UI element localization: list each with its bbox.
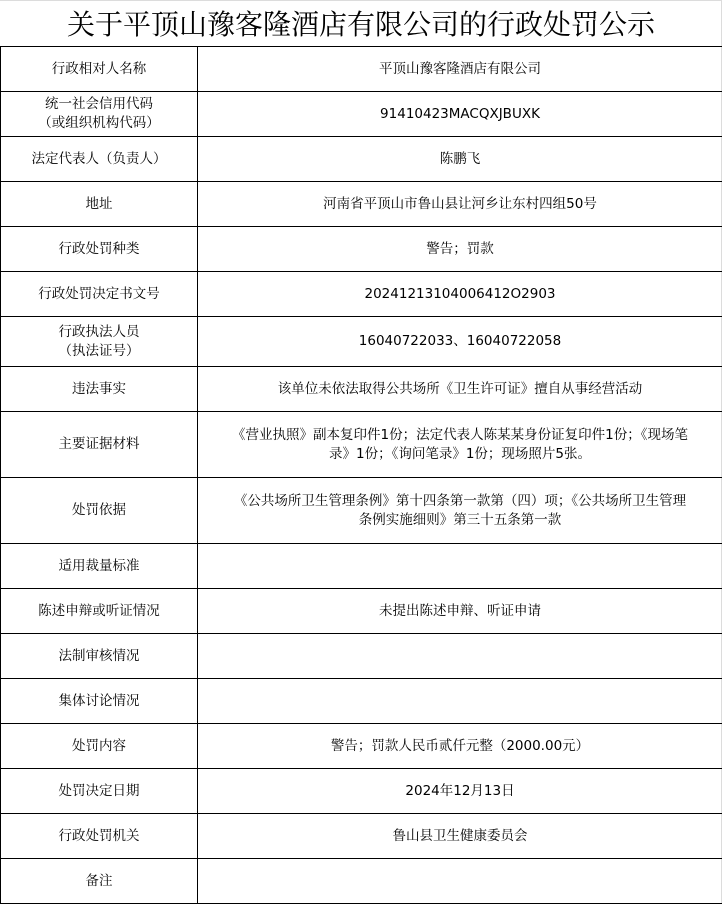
row-label: 法制审核情况 [7, 647, 191, 666]
row-label-cell: 地址 [1, 182, 198, 227]
row-value: 2024年12月13日 [204, 782, 716, 801]
row-value-cell: 20241213104006412O2903 [198, 272, 722, 317]
penalty-notice-table: 行政相对人名称平顶山豫客隆酒店有限公司统一社会信用代码（或组织机构代码）9141… [0, 46, 722, 904]
row-label: 统一社会信用代码 [7, 95, 191, 114]
row-label-cell: 行政执法人员（执法证号） [1, 317, 198, 367]
row-value: 警告；罚款人民币贰仟元整（2000.00元） [204, 737, 716, 756]
row-value-cell: 《营业执照》副本复印件1份；法定代表人陈某某身份证复印件1份；《现场笔录》1份；… [198, 412, 722, 478]
row-value-cell: 鲁山县卫生健康委员会 [198, 814, 722, 859]
row-value: 条例实施细则》第三十五条第一款 [204, 511, 716, 530]
table-row: 集体讨论情况 [1, 679, 722, 724]
notice-page: 关于平顶山豫客隆酒店有限公司的行政处罚公示 行政相对人名称平顶山豫客隆酒店有限公… [0, 0, 722, 904]
row-value-cell: 平顶山豫客隆酒店有限公司 [198, 47, 722, 92]
row-label-cell: 处罚决定日期 [1, 769, 198, 814]
row-label-cell: 法定代表人（负责人） [1, 137, 198, 182]
table-row: 备注 [1, 859, 722, 904]
row-label-cell: 统一社会信用代码（或组织机构代码） [1, 92, 198, 137]
row-value: 16040722033、16040722058 [204, 332, 716, 351]
row-value: 《营业执照》副本复印件1份；法定代表人陈某某身份证复印件1份；《现场笔 [204, 426, 716, 445]
table-row: 处罚内容警告；罚款人民币贰仟元整（2000.00元） [1, 724, 722, 769]
table-row: 行政执法人员（执法证号）16040722033、16040722058 [1, 317, 722, 367]
row-value: 录》1份；《询问笔录》1份；现场照片5张。 [204, 445, 716, 464]
row-label-cell: 适用裁量标准 [1, 544, 198, 589]
row-label-cell: 陈述申辩或听证情况 [1, 589, 198, 634]
table-row: 主要证据材料《营业执照》副本复印件1份；法定代表人陈某某身份证复印件1份；《现场… [1, 412, 722, 478]
row-label: （执法证号） [7, 342, 191, 361]
row-value: 未提出陈述申辩、听证申请 [204, 602, 716, 621]
row-label: 地址 [7, 195, 191, 214]
row-label: 行政处罚机关 [7, 827, 191, 846]
row-value-cell: 河南省平顶山市鲁山县让河乡让东村四组50号 [198, 182, 722, 227]
row-value-cell: 警告；罚款 [198, 227, 722, 272]
row-label-cell: 处罚内容 [1, 724, 198, 769]
row-label: 陈述申辩或听证情况 [7, 602, 191, 621]
row-label: 处罚内容 [7, 737, 191, 756]
row-label: 法定代表人（负责人） [7, 150, 191, 169]
row-value-cell [198, 859, 722, 904]
table-row: 统一社会信用代码（或组织机构代码）91410423MACQXJBUXK [1, 92, 722, 137]
row-label: （或组织机构代码） [7, 114, 191, 133]
row-label-cell: 行政处罚种类 [1, 227, 198, 272]
row-label: 主要证据材料 [7, 435, 191, 454]
row-value: 该单位未依法取得公共场所《卫生许可证》擅自从事经营活动 [204, 380, 716, 399]
row-value: 20241213104006412O2903 [204, 285, 716, 304]
table-row: 行政处罚种类警告；罚款 [1, 227, 722, 272]
row-value: 91410423MACQXJBUXK [204, 105, 716, 124]
table-row: 法制审核情况 [1, 634, 722, 679]
row-value: 鲁山县卫生健康委员会 [204, 827, 716, 846]
row-label-cell: 集体讨论情况 [1, 679, 198, 724]
row-label: 行政相对人名称 [7, 60, 191, 79]
row-value: 《公共场所卫生管理条例》第十四条第一款第（四）项；《公共场所卫生管理 [204, 492, 716, 511]
row-label-cell: 违法事实 [1, 367, 198, 412]
row-label-cell: 处罚依据 [1, 478, 198, 544]
document-title: 关于平顶山豫客隆酒店有限公司的行政处罚公示 [0, 1, 722, 47]
row-label: 行政处罚种类 [7, 240, 191, 259]
row-label: 违法事实 [7, 380, 191, 399]
row-label-cell: 行政相对人名称 [1, 47, 198, 92]
row-value: 河南省平顶山市鲁山县让河乡让东村四组50号 [204, 195, 716, 214]
row-label-cell: 备注 [1, 859, 198, 904]
row-label: 备注 [7, 872, 191, 891]
row-label-cell: 主要证据材料 [1, 412, 198, 478]
row-value-cell: 该单位未依法取得公共场所《卫生许可证》擅自从事经营活动 [198, 367, 722, 412]
row-value-cell: 2024年12月13日 [198, 769, 722, 814]
row-value: 陈鹏飞 [204, 150, 716, 169]
row-label-cell: 行政处罚机关 [1, 814, 198, 859]
row-label: 行政处罚决定书文号 [7, 285, 191, 304]
row-value: 平顶山豫客隆酒店有限公司 [204, 60, 716, 79]
row-value-cell: 16040722033、16040722058 [198, 317, 722, 367]
table-row: 行政处罚决定书文号20241213104006412O2903 [1, 272, 722, 317]
row-value-cell [198, 634, 722, 679]
row-value-cell [198, 679, 722, 724]
table-row: 处罚依据《公共场所卫生管理条例》第十四条第一款第（四）项；《公共场所卫生管理条例… [1, 478, 722, 544]
row-value-cell [198, 544, 722, 589]
row-label: 集体讨论情况 [7, 692, 191, 711]
row-label: 处罚依据 [7, 501, 191, 520]
table-row: 行政相对人名称平顶山豫客隆酒店有限公司 [1, 47, 722, 92]
table-row: 适用裁量标准 [1, 544, 722, 589]
row-label-cell: 行政处罚决定书文号 [1, 272, 198, 317]
table-row: 处罚决定日期2024年12月13日 [1, 769, 722, 814]
table-row: 地址河南省平顶山市鲁山县让河乡让东村四组50号 [1, 182, 722, 227]
row-value-cell: 91410423MACQXJBUXK [198, 92, 722, 137]
row-value-cell: 《公共场所卫生管理条例》第十四条第一款第（四）项；《公共场所卫生管理条例实施细则… [198, 478, 722, 544]
row-value: 警告；罚款 [204, 240, 716, 259]
row-value-cell: 未提出陈述申辩、听证申请 [198, 589, 722, 634]
table-row: 陈述申辩或听证情况未提出陈述申辩、听证申请 [1, 589, 722, 634]
row-label-cell: 法制审核情况 [1, 634, 198, 679]
row-label: 适用裁量标准 [7, 557, 191, 576]
table-row: 违法事实该单位未依法取得公共场所《卫生许可证》擅自从事经营活动 [1, 367, 722, 412]
notice-table-body: 行政相对人名称平顶山豫客隆酒店有限公司统一社会信用代码（或组织机构代码）9141… [1, 47, 722, 904]
table-row: 行政处罚机关鲁山县卫生健康委员会 [1, 814, 722, 859]
row-label: 处罚决定日期 [7, 782, 191, 801]
row-label: 行政执法人员 [7, 323, 191, 342]
row-value-cell: 陈鹏飞 [198, 137, 722, 182]
row-value-cell: 警告；罚款人民币贰仟元整（2000.00元） [198, 724, 722, 769]
table-row: 法定代表人（负责人）陈鹏飞 [1, 137, 722, 182]
